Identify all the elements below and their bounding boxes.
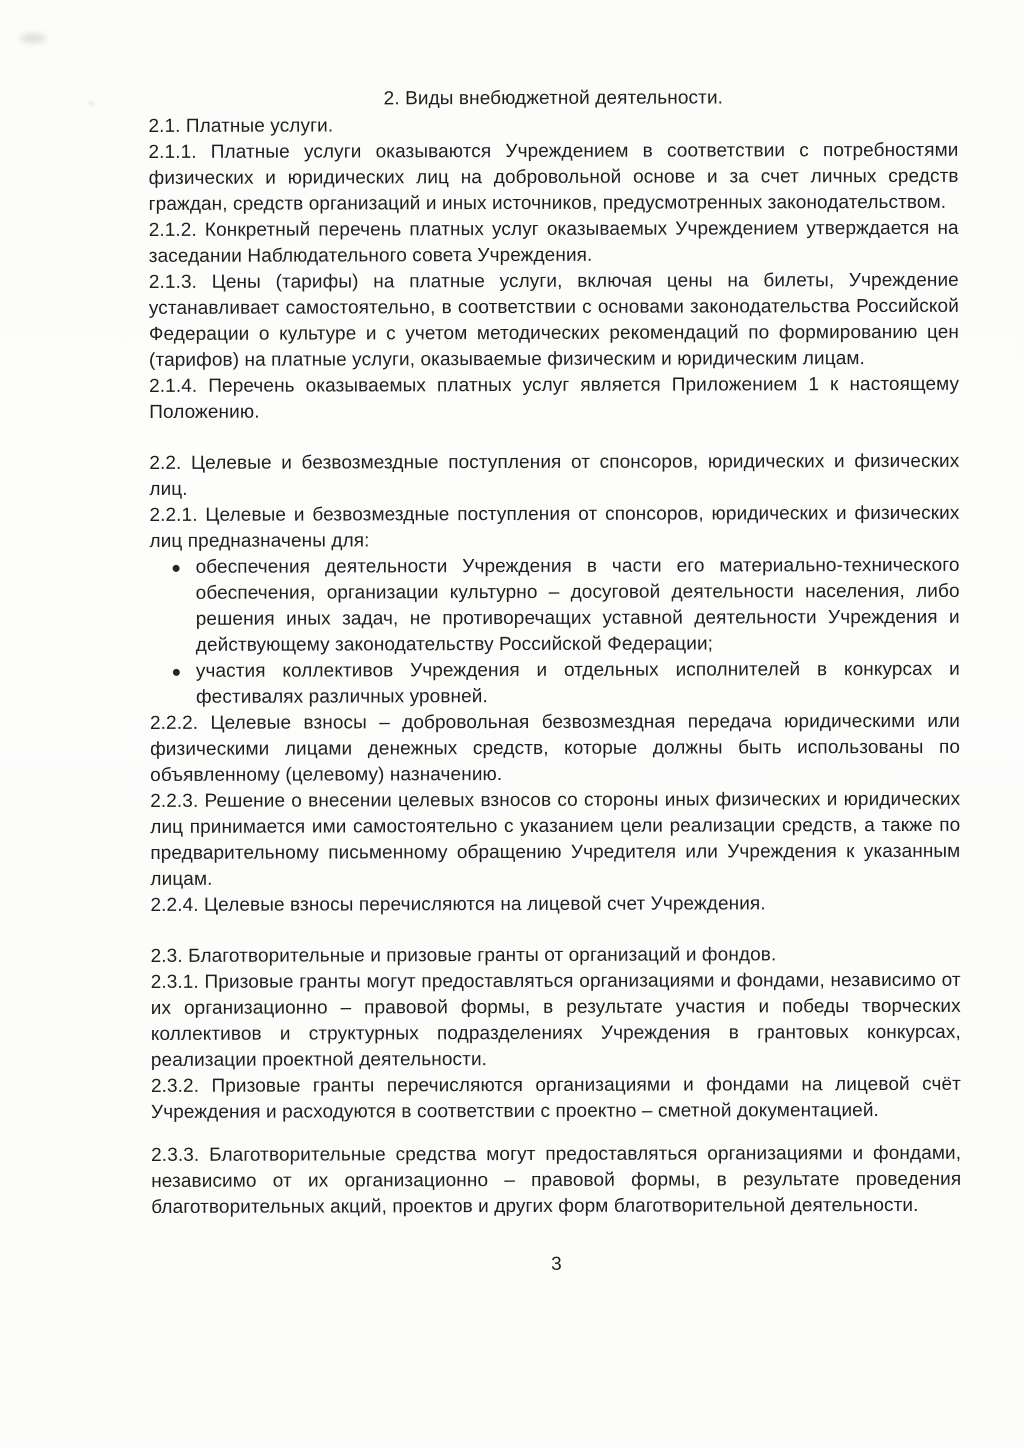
bullet-icon [173, 565, 180, 572]
paragraph-2-3-1: 2.3.1. Призовые гранты могут предоставля… [151, 968, 961, 1074]
paragraph-2-1-1: 2.1.1. Платные услуги оказываются Учрежд… [148, 138, 958, 218]
scan-artifact [88, 101, 94, 105]
paragraph-2-3-3: 2.3.3. Благотворительные средства могут … [151, 1141, 961, 1221]
list-item: обеспечения деятельности Учреждения в ча… [150, 553, 960, 659]
paragraph-2-1-4: 2.1.4. Перечень оказываемых платных услу… [149, 372, 959, 426]
paragraph-2-2-4: 2.2.4. Целевые взносы перечисляются на л… [150, 891, 960, 919]
list-item: участия коллективов Учреждения и отдельн… [150, 657, 960, 711]
list-item-text: обеспечения деятельности Учреждения в ча… [196, 555, 960, 656]
section-heading: 2. Виды внебюджетной деятельности. [148, 85, 958, 113]
document-body: 2. Виды внебюджетной деятельности. 2.1. … [148, 85, 961, 1279]
paragraph-2-2: 2.2. Целевые и безвозмездные поступления… [149, 449, 959, 503]
paragraph-2-1: 2.1. Платные услуги. [148, 112, 958, 140]
page-number: 3 [151, 1251, 961, 1279]
paragraph-2-3: 2.3. Благотворительные и призовые гранты… [151, 942, 961, 970]
scanned-page: 2. Виды внебюджетной деятельности. 2.1. … [0, 0, 1024, 1448]
paragraph-2-1-2: 2.1.2. Конкретный перечень платных услуг… [149, 216, 959, 270]
paragraph-2-2-3: 2.2.3. Решение о внесении целевых взносо… [150, 787, 960, 893]
paragraph-2-2-2: 2.2.2. Целевые взносы – добровольная без… [150, 709, 960, 789]
paragraph-2-1-3: 2.1.3. Цены (тарифы) на платные услуги, … [149, 268, 959, 374]
scan-artifact [20, 33, 46, 43]
bullet-icon [173, 669, 180, 676]
paragraph-2-2-1: 2.2.1. Целевые и безвозмездные поступлен… [149, 501, 959, 555]
list-item-text: участия коллективов Учреждения и отдельн… [196, 659, 960, 708]
paragraph-2-3-2: 2.3.2. Призовые гранты перечисляются орг… [151, 1072, 961, 1126]
